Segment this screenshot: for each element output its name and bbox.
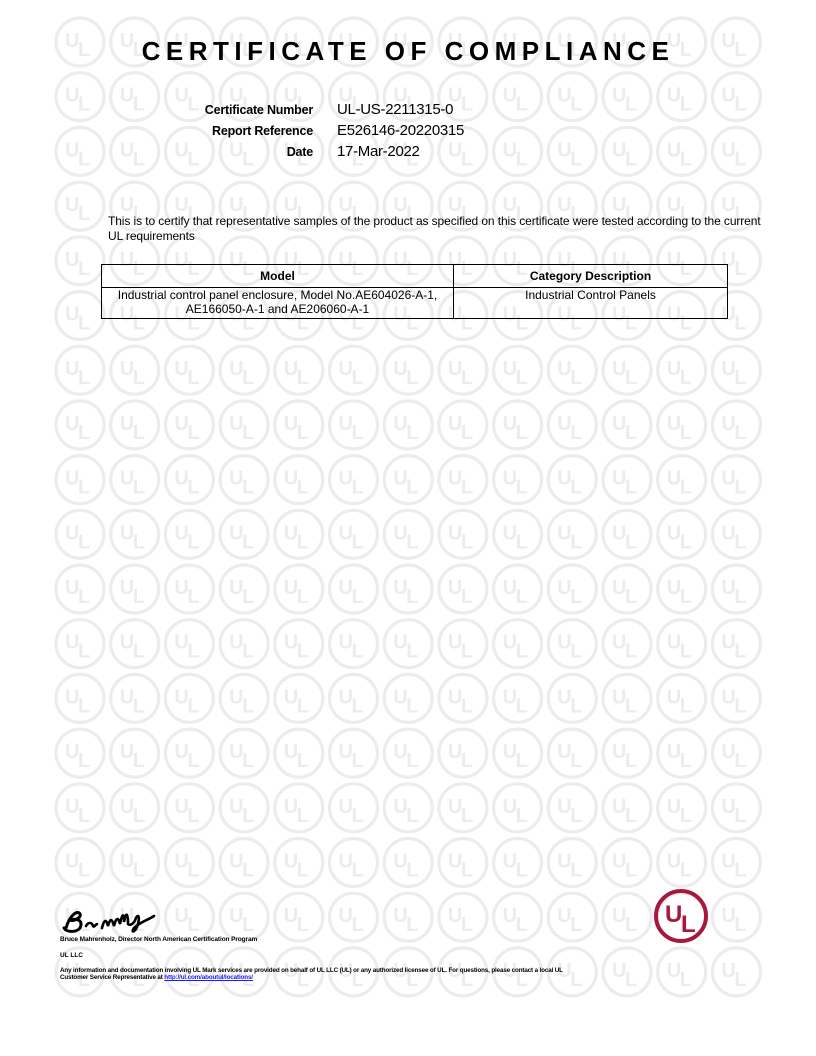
- svg-text:L: L: [734, 695, 746, 717]
- svg-text:L: L: [516, 148, 528, 170]
- svg-text:L: L: [680, 750, 692, 772]
- svg-text:L: L: [187, 477, 199, 499]
- svg-text:L: L: [242, 860, 254, 882]
- svg-text:L: L: [625, 148, 637, 170]
- svg-text:L: L: [734, 422, 746, 444]
- svg-text:L: L: [461, 914, 473, 936]
- svg-text:L: L: [625, 805, 637, 827]
- header-model: Model: [102, 265, 454, 288]
- disclaimer: Any information and documentation involv…: [60, 967, 580, 981]
- svg-text:L: L: [297, 531, 309, 553]
- date-value: 17-Mar-2022: [337, 143, 420, 160]
- svg-text:L: L: [734, 258, 746, 280]
- model-table: Model Category Description Industrial co…: [101, 264, 728, 319]
- svg-text:L: L: [187, 805, 199, 827]
- svg-text:L: L: [406, 367, 418, 389]
- svg-text:L: L: [516, 531, 528, 553]
- svg-text:L: L: [516, 94, 528, 116]
- cell-category-description: Industrial Control Panels: [454, 288, 728, 319]
- svg-text:L: L: [352, 531, 364, 553]
- svg-text:L: L: [406, 914, 418, 936]
- svg-text:L: L: [78, 805, 90, 827]
- svg-text:L: L: [461, 641, 473, 663]
- svg-text:L: L: [680, 148, 692, 170]
- svg-text:L: L: [242, 367, 254, 389]
- svg-text:L: L: [78, 148, 90, 170]
- svg-text:L: L: [570, 750, 582, 772]
- svg-text:L: L: [570, 695, 582, 717]
- svg-text:L: L: [461, 586, 473, 608]
- svg-text:L: L: [78, 203, 90, 225]
- svg-text:L: L: [461, 695, 473, 717]
- svg-text:L: L: [461, 750, 473, 772]
- svg-text:L: L: [187, 641, 199, 663]
- svg-text:L: L: [133, 586, 145, 608]
- svg-text:L: L: [242, 422, 254, 444]
- svg-text:L: L: [461, 805, 473, 827]
- svg-text:L: L: [187, 860, 199, 882]
- svg-text:L: L: [78, 860, 90, 882]
- svg-text:L: L: [78, 422, 90, 444]
- svg-text:L: L: [297, 477, 309, 499]
- svg-text:L: L: [187, 914, 199, 936]
- certificate-title: CERTIFICATE OF COMPLIANCE: [0, 36, 816, 67]
- svg-text:L: L: [187, 586, 199, 608]
- svg-text:L: L: [297, 860, 309, 882]
- svg-text:L: L: [352, 477, 364, 499]
- svg-text:L: L: [352, 367, 364, 389]
- svg-text:L: L: [187, 695, 199, 717]
- svg-text:L: L: [187, 367, 199, 389]
- svg-text:L: L: [734, 750, 746, 772]
- svg-text:L: L: [461, 860, 473, 882]
- svg-text:L: L: [570, 477, 582, 499]
- svg-text:L: L: [406, 695, 418, 717]
- signer-name-title: Bruce Mahrenholz, Director North America…: [60, 936, 257, 943]
- svg-text:L: L: [516, 750, 528, 772]
- svg-text:L: L: [406, 477, 418, 499]
- svg-text:L: L: [570, 531, 582, 553]
- svg-text:L: L: [680, 531, 692, 553]
- svg-text:L: L: [680, 969, 692, 991]
- report-reference-row: Report Reference E526146-20220315: [150, 122, 464, 143]
- svg-text:L: L: [297, 367, 309, 389]
- svg-text:L: L: [516, 914, 528, 936]
- svg-text:L: L: [78, 477, 90, 499]
- svg-text:L: L: [516, 695, 528, 717]
- svg-text:L: L: [297, 805, 309, 827]
- svg-text:L: L: [734, 641, 746, 663]
- report-reference-value: E526146-20220315: [337, 122, 464, 139]
- svg-text:L: L: [734, 969, 746, 991]
- svg-text:L: L: [78, 695, 90, 717]
- svg-text:L: L: [516, 367, 528, 389]
- svg-text:L: L: [242, 531, 254, 553]
- svg-text:L: L: [734, 94, 746, 116]
- svg-text:L: L: [734, 860, 746, 882]
- svg-text:L: L: [78, 750, 90, 772]
- svg-text:L: L: [734, 367, 746, 389]
- svg-text:L: L: [625, 750, 637, 772]
- svg-text:L: L: [680, 422, 692, 444]
- date-label: Date: [150, 145, 337, 159]
- locations-link[interactable]: http://ul.com/aboutul/locations/: [164, 974, 253, 981]
- svg-text:L: L: [78, 641, 90, 663]
- svg-text:L: L: [516, 805, 528, 827]
- svg-text:L: L: [570, 94, 582, 116]
- svg-text:L: L: [570, 148, 582, 170]
- svg-text:L: L: [680, 805, 692, 827]
- svg-text:L: L: [352, 695, 364, 717]
- certification-statement: This is to certify that representative s…: [108, 214, 773, 244]
- svg-text:L: L: [625, 586, 637, 608]
- svg-text:L: L: [406, 531, 418, 553]
- svg-text:L: L: [570, 641, 582, 663]
- svg-text:L: L: [461, 367, 473, 389]
- svg-text:L: L: [133, 860, 145, 882]
- svg-text:L: L: [133, 531, 145, 553]
- svg-text:L: L: [242, 695, 254, 717]
- svg-text:L: L: [242, 586, 254, 608]
- svg-text:L: L: [734, 477, 746, 499]
- svg-text:L: L: [406, 422, 418, 444]
- ul-logo-u: U: [665, 901, 682, 928]
- svg-text:L: L: [516, 422, 528, 444]
- svg-text:L: L: [297, 641, 309, 663]
- svg-text:L: L: [680, 641, 692, 663]
- svg-text:L: L: [625, 969, 637, 991]
- svg-text:L: L: [352, 641, 364, 663]
- svg-text:L: L: [133, 695, 145, 717]
- svg-text:L: L: [187, 422, 199, 444]
- certificate-meta: Certificate Number UL-US-2211315-0 Repor…: [150, 101, 464, 164]
- ul-logo-l: L: [681, 911, 696, 938]
- table-header-row: Model Category Description: [102, 265, 728, 288]
- svg-text:L: L: [680, 586, 692, 608]
- svg-text:L: L: [78, 531, 90, 553]
- svg-text:L: L: [133, 94, 145, 116]
- svg-text:L: L: [625, 94, 637, 116]
- table-row: Industrial control panel enclosure, Mode…: [102, 288, 728, 319]
- svg-text:L: L: [680, 367, 692, 389]
- svg-text:L: L: [406, 641, 418, 663]
- svg-text:L: L: [625, 477, 637, 499]
- svg-text:L: L: [297, 422, 309, 444]
- certificate-number-row: Certificate Number UL-US-2211315-0: [150, 101, 464, 122]
- svg-text:L: L: [734, 531, 746, 553]
- svg-text:L: L: [680, 860, 692, 882]
- svg-text:L: L: [570, 860, 582, 882]
- svg-text:L: L: [242, 805, 254, 827]
- svg-text:L: L: [78, 313, 90, 335]
- svg-text:L: L: [680, 695, 692, 717]
- svg-text:L: L: [242, 914, 254, 936]
- svg-text:L: L: [297, 750, 309, 772]
- svg-text:L: L: [625, 860, 637, 882]
- certificate-number-label: Certificate Number: [150, 103, 337, 117]
- date-row: Date 17-Mar-2022: [150, 143, 464, 164]
- svg-text:L: L: [680, 94, 692, 116]
- header-category-description: Category Description: [454, 265, 728, 288]
- svg-text:L: L: [133, 367, 145, 389]
- svg-text:L: L: [516, 860, 528, 882]
- svg-text:L: L: [78, 94, 90, 116]
- cell-model: Industrial control panel enclosure, Mode…: [102, 288, 454, 319]
- certificate-number-value: UL-US-2211315-0: [337, 101, 453, 118]
- svg-text:L: L: [352, 586, 364, 608]
- svg-text:L: L: [352, 860, 364, 882]
- svg-text:L: L: [625, 641, 637, 663]
- svg-text:L: L: [570, 586, 582, 608]
- svg-text:L: L: [570, 914, 582, 936]
- svg-text:L: L: [625, 695, 637, 717]
- svg-text:L: L: [570, 805, 582, 827]
- svg-text:L: L: [516, 586, 528, 608]
- svg-text:L: L: [242, 641, 254, 663]
- svg-text:L: L: [516, 641, 528, 663]
- svg-text:L: L: [133, 805, 145, 827]
- company-name: UL LLC: [60, 952, 83, 959]
- svg-text:L: L: [78, 586, 90, 608]
- svg-text:L: L: [297, 586, 309, 608]
- svg-text:L: L: [625, 367, 637, 389]
- svg-text:L: L: [297, 914, 309, 936]
- svg-text:L: L: [406, 750, 418, 772]
- svg-text:L: L: [78, 258, 90, 280]
- svg-text:L: L: [516, 477, 528, 499]
- svg-text:L: L: [625, 422, 637, 444]
- svg-text:L: L: [352, 422, 364, 444]
- svg-text:L: L: [133, 148, 145, 170]
- report-reference-label: Report Reference: [150, 124, 337, 138]
- svg-text:L: L: [461, 477, 473, 499]
- svg-text:L: L: [570, 367, 582, 389]
- svg-text:L: L: [242, 750, 254, 772]
- svg-text:L: L: [680, 477, 692, 499]
- svg-text:L: L: [187, 750, 199, 772]
- svg-text:L: L: [734, 586, 746, 608]
- svg-text:L: L: [734, 148, 746, 170]
- svg-text:L: L: [78, 367, 90, 389]
- svg-text:L: L: [133, 750, 145, 772]
- svg-text:L: L: [133, 641, 145, 663]
- svg-text:L: L: [406, 860, 418, 882]
- svg-text:L: L: [406, 805, 418, 827]
- disclaimer-text: Any information and documentation involv…: [60, 967, 563, 981]
- svg-text:L: L: [625, 914, 637, 936]
- svg-text:L: L: [461, 422, 473, 444]
- svg-text:L: L: [570, 422, 582, 444]
- svg-text:L: L: [352, 914, 364, 936]
- svg-text:L: L: [406, 586, 418, 608]
- svg-text:L: L: [734, 914, 746, 936]
- ul-logo-icon: U L: [652, 887, 710, 950]
- svg-text:L: L: [734, 805, 746, 827]
- svg-text:L: L: [352, 805, 364, 827]
- svg-text:L: L: [187, 531, 199, 553]
- svg-text:L: L: [133, 477, 145, 499]
- svg-text:L: L: [734, 313, 746, 335]
- svg-text:L: L: [625, 531, 637, 553]
- svg-text:L: L: [297, 695, 309, 717]
- svg-text:L: L: [133, 422, 145, 444]
- svg-text:L: L: [461, 531, 473, 553]
- svg-text:L: L: [242, 477, 254, 499]
- svg-text:L: L: [352, 750, 364, 772]
